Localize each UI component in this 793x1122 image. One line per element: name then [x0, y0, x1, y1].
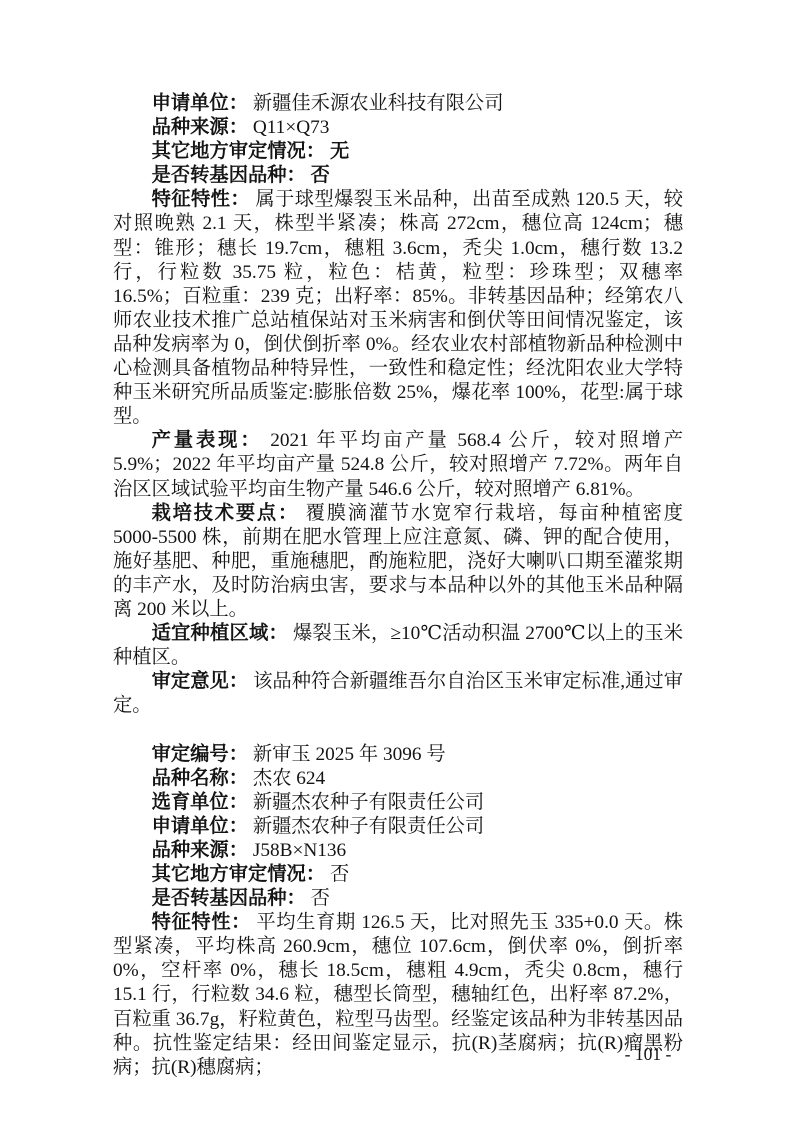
variety-source-value: Q11×Q73: [248, 117, 329, 138]
breeder-label: 选育单位：: [152, 792, 248, 813]
gmo-field: 是否转基因品种：否: [113, 164, 683, 188]
yield-label: 产量表现：: [152, 430, 263, 451]
gmo-label: 是否转基因品种：: [152, 165, 306, 186]
suitable-region-label: 适宜种植区域：: [152, 623, 288, 644]
applicant-field-2: 申请单位：新疆杰农种子有限责任公司: [113, 815, 683, 839]
variety-source-field-2: 品种来源：J58B×N136: [113, 839, 683, 863]
approval-number-label: 审定编号：: [152, 744, 248, 765]
breeder-value: 新疆杰农种子有限责任公司: [248, 792, 484, 813]
other-approval-field-2: 其它地方审定情况：否: [113, 863, 683, 887]
variety-source-label: 品种来源：: [152, 117, 248, 138]
applicant-value: 新疆佳禾源农业科技有限公司: [248, 93, 503, 114]
characteristics-text: 属于球型爆裂玉米品种，出苗至成熟 120.5 天，较对照晚熟 2.1 天，株型半…: [113, 189, 683, 427]
applicant-value-2: 新疆杰农种子有限责任公司: [248, 816, 484, 837]
gmo-field-2: 是否转基因品种：否: [113, 887, 683, 911]
other-approval-value: 无: [325, 141, 349, 162]
breeder-field: 选育单位：新疆杰农种子有限责任公司: [113, 791, 683, 815]
variety-source-value-2: J58B×N136: [248, 840, 346, 861]
variety-source-field: 品种来源：Q11×Q73: [113, 116, 683, 140]
variety-name-field: 品种名称：杰农 624: [113, 767, 683, 791]
approval-number-value: 新审玉 2025 年 3096 号: [248, 744, 446, 765]
gmo-label-2: 是否转基因品种：: [152, 888, 306, 909]
page-number: - 101 -: [596, 1044, 700, 1065]
document-body: 申请单位：新疆佳禾源农业科技有限公司 品种来源：Q11×Q73 其它地方审定情况…: [113, 92, 683, 1080]
cultivation-label: 栽培技术要点：: [152, 503, 299, 524]
variety-name-value: 杰农 624: [248, 768, 325, 789]
approval-number-field: 审定编号：新审玉 2025 年 3096 号: [113, 743, 683, 767]
other-approval-label: 其它地方审定情况：: [152, 141, 326, 162]
characteristics-label: 特征特性：: [152, 189, 250, 210]
entry-separator: [113, 718, 683, 742]
gmo-value: 否: [306, 165, 330, 186]
approval-opinion-paragraph: 审定意见：该品种符合新疆维吾尔自治区玉米审定标准,通过审定。: [113, 670, 683, 718]
cultivation-paragraph: 栽培技术要点：覆膜滴灌节水宽窄行栽培，每亩种植密度 5000-5500 株，前期…: [113, 502, 683, 622]
document-page: 申请单位：新疆佳禾源农业科技有限公司 品种来源：Q11×Q73 其它地方审定情况…: [0, 0, 793, 1122]
variety-source-label-2: 品种来源：: [152, 840, 248, 861]
characteristics-paragraph: 特征特性：属于球型爆裂玉米品种，出苗至成熟 120.5 天，较对照晚熟 2.1 …: [113, 188, 683, 429]
applicant-label-2: 申请单位：: [152, 816, 248, 837]
gmo-value-2: 否: [306, 888, 330, 909]
applicant-field: 申请单位：新疆佳禾源农业科技有限公司: [113, 92, 683, 116]
variety-name-label: 品种名称：: [152, 768, 248, 789]
yield-paragraph: 产量表现：2021 年平均亩产量 568.4 公斤，较对照增产 5.9%；202…: [113, 429, 683, 501]
suitable-region-paragraph: 适宜种植区域：爆裂玉米，≥10℃活动积温 2700℃以上的玉米种植区。: [113, 622, 683, 670]
applicant-label: 申请单位：: [152, 93, 248, 114]
approval-opinion-label: 审定意见：: [152, 671, 249, 692]
other-approval-value-2: 否: [325, 864, 349, 885]
other-approval-field: 其它地方审定情况：无: [113, 140, 683, 164]
other-approval-label-2: 其它地方审定情况：: [152, 864, 326, 885]
characteristics-label-2: 特征特性：: [152, 912, 251, 933]
